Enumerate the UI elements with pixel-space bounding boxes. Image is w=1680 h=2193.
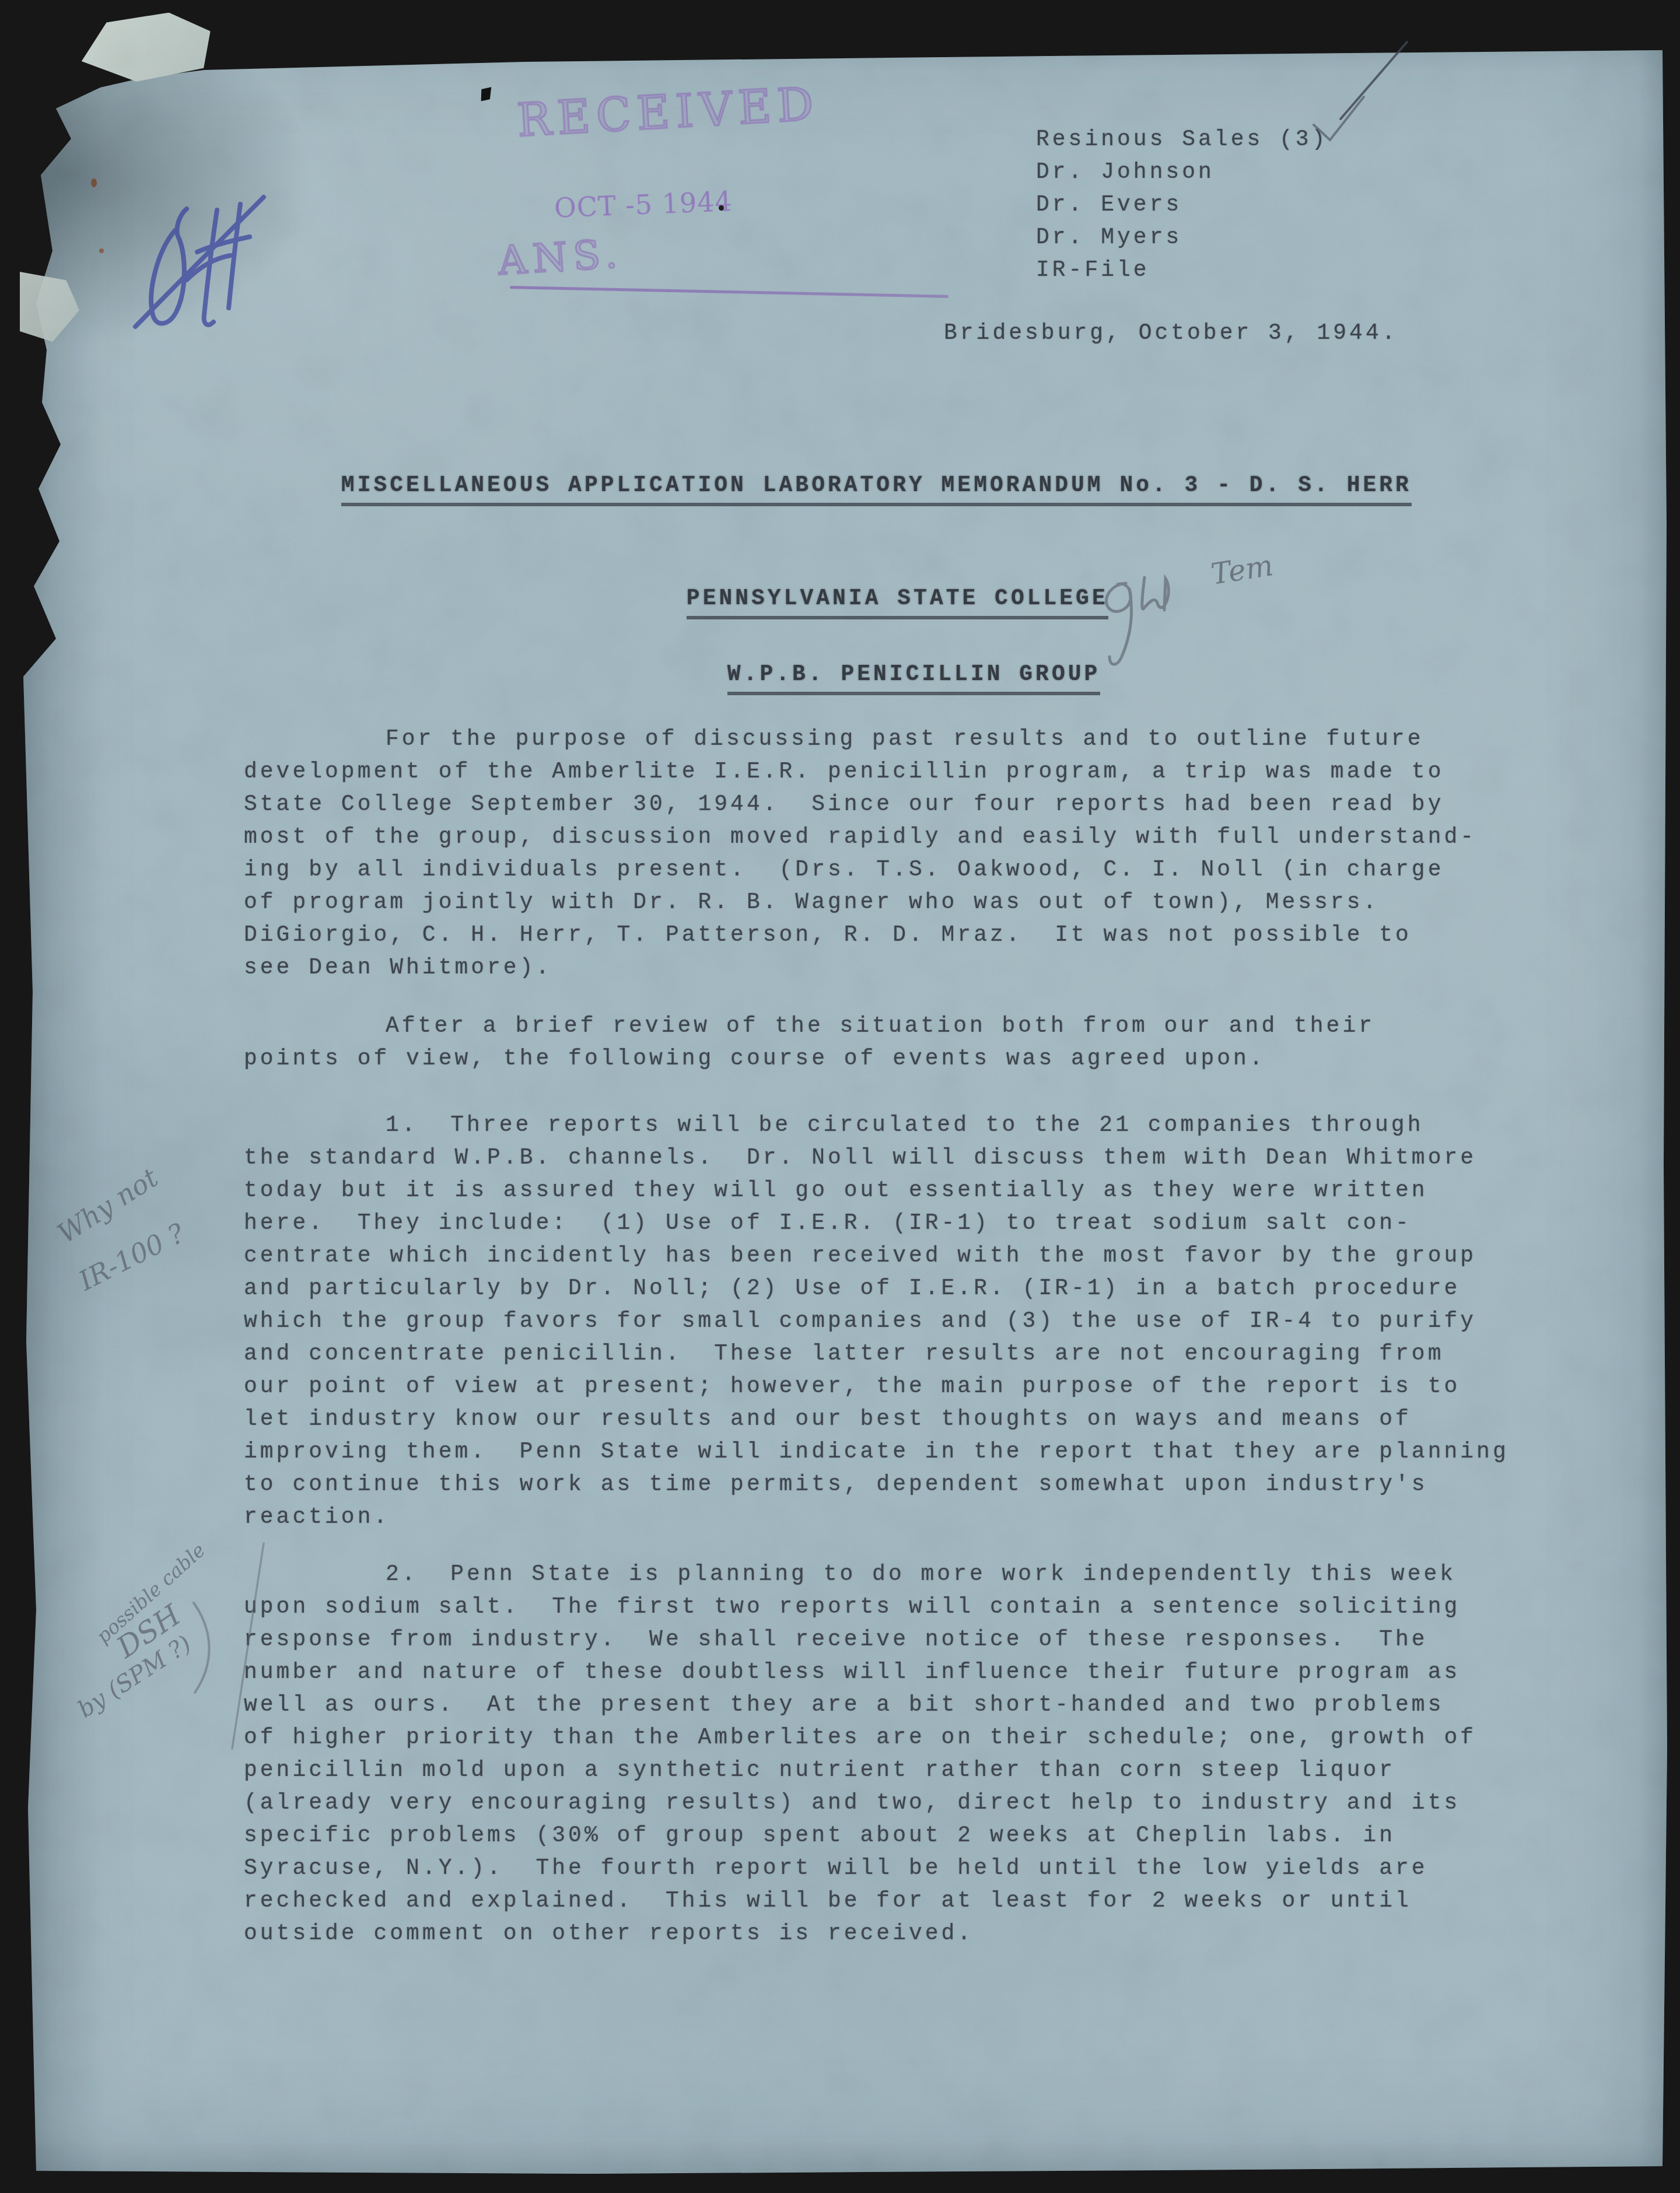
body-line: the standard W.P.B. channels. Dr. Noll w… — [244, 1142, 1550, 1175]
distribution-item: Dr. Myers — [1036, 222, 1328, 254]
body-line: of higher priority than the Amberlites a… — [244, 1722, 1550, 1754]
body-line: improving them. Penn State will indicate… — [244, 1436, 1550, 1469]
body-line: rechecked and explained. This will be fo… — [244, 1885, 1550, 1918]
ink-speck — [719, 205, 724, 211]
body-line: see Dean Whitmore). — [244, 952, 1550, 985]
heading-group: W.P.B. PENICILLIN GROUP — [630, 637, 1100, 720]
body-line: most of the group, discussion moved rapi… — [244, 821, 1550, 854]
body-line: (already very encouraging results) and t… — [244, 1787, 1550, 1820]
pencil-initials-tem: Tem — [1209, 548, 1275, 591]
body-line: our point of view at present; however, t… — [244, 1371, 1550, 1403]
distribution-item: Dr. Johnson — [1036, 156, 1328, 189]
distribution-list: Resinous Sales (3) Dr. Johnson Dr. Evers… — [1036, 124, 1328, 287]
body-line: points of view, the following course of … — [244, 1043, 1550, 1076]
body-line: upon sodium salt. The first two reports … — [244, 1591, 1550, 1624]
dateline: Bridesburg, October 3, 1944. — [944, 321, 1398, 346]
heading-group-text: W.P.B. PENICILLIN GROUP — [727, 662, 1101, 695]
body-line: 2. Penn State is planning to do more wor… — [244, 1558, 1550, 1591]
body-line: here. They include: (1) Use of I.E.R. (I… — [244, 1207, 1550, 1240]
body-line: reaction. — [244, 1501, 1550, 1534]
body-line: response from industry. We shall receive… — [244, 1624, 1550, 1656]
body-line: well as ours. At the present they are a … — [244, 1689, 1550, 1722]
body-line: penicillin mold upon a synthetic nutrien… — [244, 1754, 1550, 1787]
paragraph-1: For the purpose of discussing past resul… — [244, 723, 1550, 985]
received-date-stamp: OCT -5 1944 — [554, 185, 733, 224]
margin-note-why-not: Why not — [52, 1162, 164, 1250]
body-line: After a brief review of the situation bo… — [244, 1010, 1550, 1043]
body-line: to continue this work as time permits, d… — [244, 1469, 1550, 1501]
paper-tear-speck — [475, 83, 496, 104]
distribution-item: Resinous Sales (3) — [1036, 124, 1328, 156]
body-line: ing by all individuals present. (Drs. T.… — [244, 854, 1550, 887]
body-line: DiGiorgio, C. H. Herr, T. Patterson, R. … — [244, 919, 1550, 952]
distribution-item: Dr. Evers — [1036, 189, 1328, 222]
body-line: outside comment on other reports is rece… — [244, 1918, 1550, 1950]
margin-note-possible-cable: possible cable — [92, 1539, 209, 1648]
body-line: and concentrate penicillin. These latter… — [244, 1338, 1550, 1371]
body-line: number and nature of these doubtless wil… — [244, 1656, 1550, 1689]
body-line: 1. Three reports will be circulated to t… — [244, 1109, 1550, 1142]
scanned-memo: RECEIVED OCT -5 1944 ANS. Resinous Sales… — [0, 0, 1680, 2193]
heading-college-text: PENNSYLVANIA STATE COLLEGE — [687, 586, 1108, 619]
distribution-item: IR-File — [1036, 254, 1328, 287]
body-line: development of the Amberlite I.E.R. peni… — [244, 756, 1550, 789]
body-line: today but it is assured they will go out… — [244, 1175, 1550, 1207]
document-page: RECEIVED OCT -5 1944 ANS. Resinous Sales… — [0, 0, 1680, 2193]
body-line: Syracuse, N.Y.). The fourth report will … — [244, 1852, 1550, 1885]
memo-title: MISCELLANEOUS APPLICATION LABORATORY MEM… — [244, 448, 1412, 531]
body-line: For the purpose of discussing past resul… — [244, 723, 1550, 756]
rust-speck — [91, 178, 97, 187]
margin-note-spm: by (SPM ?) — [73, 1630, 196, 1723]
memo-title-text: MISCELLANEOUS APPLICATION LABORATORY MEM… — [341, 473, 1412, 506]
paragraph-2: After a brief review of the situation bo… — [244, 1010, 1550, 1076]
heading-college: PENNSYLVANIA STATE COLLEGE — [589, 561, 1108, 644]
body-line: and particularly by Dr. Noll; (2) Use of… — [244, 1273, 1550, 1305]
ans-underline — [510, 286, 949, 298]
body-line: let industry know our results and our be… — [244, 1403, 1550, 1436]
received-stamp: RECEIVED — [516, 78, 821, 148]
body-line: State College September 30, 1944. Since … — [244, 789, 1550, 821]
margin-note-ir-100: IR-100 ? — [73, 1217, 190, 1297]
paragraph-3: 1. Three reports will be circulated to t… — [244, 1109, 1550, 1534]
body-line: which the group favors for small compani… — [244, 1305, 1550, 1338]
body-line: of program jointly with Dr. R. B. Wagner… — [244, 887, 1550, 919]
body-line: specific problems (30% of group spent ab… — [244, 1820, 1550, 1852]
ans-stamp: ANS. — [497, 231, 625, 285]
paragraph-4: 2. Penn State is planning to do more wor… — [244, 1558, 1550, 1950]
rust-speck — [99, 248, 104, 253]
margin-note-dsh: DSH — [111, 1598, 187, 1665]
body-line: centrate which incidently has been recei… — [244, 1240, 1550, 1273]
